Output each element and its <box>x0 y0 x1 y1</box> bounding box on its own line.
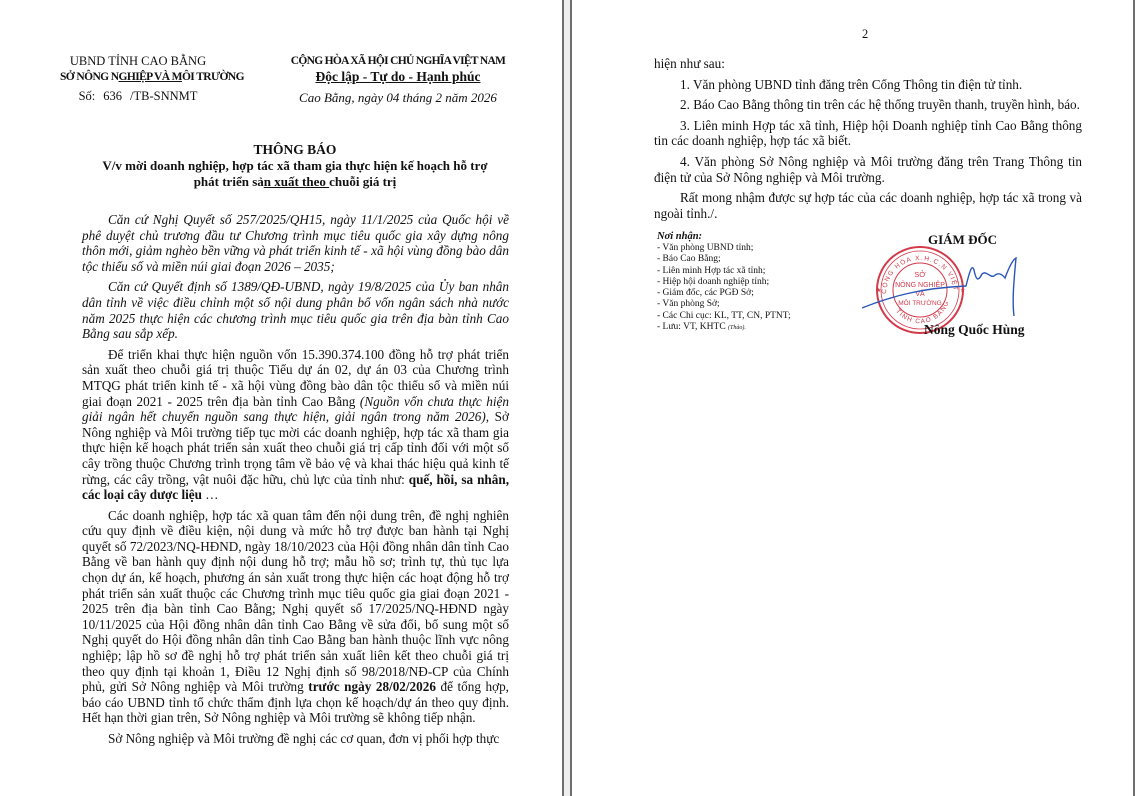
continuation-text: hiện như sau: <box>654 56 1082 72</box>
issuing-agency-block: UBND TỈNH CAO BẰNG SỞ NÔNG NGHIỆP VÀ MÔI… <box>68 53 208 104</box>
subject-line-2: phát triển sản xuất theo chuỗi giá trị <box>60 174 530 190</box>
national-header-block: CỘNG HÒA XÃ HỘI CHỦ NGHĨA VIỆT NAM Độc l… <box>283 53 513 106</box>
document-title: THÔNG BÁO V/v mời doanh nghiệp, hợp tác … <box>60 142 530 190</box>
document-page-2: 2 hiện như sau: 1. Văn phòng UBND tỉnh đ… <box>570 0 1135 796</box>
recipients-title: Nơi nhận: <box>657 231 857 243</box>
recipient-item: - Báo Cao Bằng; <box>657 254 857 265</box>
agency-name: SỞ NÔNG NGHIỆP VÀ MÔI TRƯỜNG <box>60 69 216 85</box>
list-item: 3. Liên minh Hợp tác xã tỉnh, Hiệp hội D… <box>654 118 1082 149</box>
document-body-continued: hiện như sau: 1. Văn phòng UBND tỉnh đăn… <box>654 56 1082 226</box>
place-date: Cao Bằng, ngày 04 tháng 2 năm 2026 <box>283 90 513 106</box>
recipient-item: - Văn phòng Sở; <box>657 299 857 310</box>
national-motto: Độc lập - Tự do - Hạnh phúc <box>283 69 513 85</box>
signature-block: GIÁM ĐỐC CỘNG HÒA X.H.C.N VIỆT NAM TỈNH … <box>862 230 1082 340</box>
paragraph-purpose: Để triển khai thực hiện nguồn vốn 15.390… <box>82 347 509 503</box>
recipient-item: - Văn phòng UBND tỉnh; <box>657 243 857 254</box>
document-body: Căn cứ Nghị Quyết số 257/2025/QH15, ngày… <box>82 212 509 752</box>
svg-text:★: ★ <box>960 287 965 294</box>
paragraph-legal-basis-2: Căn cứ Quyết định số 1389/QĐ-UBND, ngày … <box>82 279 509 341</box>
svg-text:SỞ: SỞ <box>914 270 926 279</box>
document-number: Số:636/TB-SNNMT <box>68 88 208 104</box>
recipient-item: - Hiệp hội doanh nghiệp tỉnh; <box>657 277 857 288</box>
svg-text:★: ★ <box>876 287 881 294</box>
signer-name: Nông Quốc Hùng <box>924 322 1025 338</box>
document-page-1: UBND TỈNH CAO BẰNG SỞ NÔNG NGHIỆP VÀ MÔI… <box>0 0 564 796</box>
page-number: 2 <box>862 27 868 42</box>
list-item: 2. Báo Cao Bằng thông tin trên các hệ th… <box>654 97 1082 113</box>
recipient-item: - Liên minh Hợp tác xã tỉnh; <box>657 266 857 277</box>
nation-name: CỘNG HÒA XÃ HỘI CHỦ NGHĨA VIỆT NAM <box>283 53 513 69</box>
recipient-item: - Giám đốc, các PGĐ Sở; <box>657 288 857 299</box>
subject-line-1: V/v mời doanh nghiệp, hợp tác xã tham gi… <box>60 158 530 174</box>
svg-text:MÔI TRƯỜNG: MÔI TRƯỜNG <box>898 298 942 307</box>
title-heading: THÔNG BÁO <box>60 142 530 158</box>
parent-agency: UBND TỈNH CAO BẰNG <box>68 53 208 69</box>
paragraph-coordination: Sở Nông nghiệp và Môi trường đề nghị các… <box>82 731 509 747</box>
list-item: 4. Văn phòng Sở Nông nghiệp và Môi trườn… <box>654 154 1082 185</box>
paragraph-requirements: Các doanh nghiệp, hợp tác xã quan tâm đế… <box>82 508 509 726</box>
recipients-block: Nơi nhận: - Văn phòng UBND tỉnh; - Báo C… <box>657 231 857 334</box>
recipient-item: - Các Chi cục: KL, TT, CN, PTNT; <box>657 311 857 322</box>
recipient-item: - Lưu: VT, KHTC (Thảo). <box>657 322 857 334</box>
closing-text: Rất mong nhậm được sự hợp tác của các do… <box>654 190 1082 221</box>
list-item: 1. Văn phòng UBND tỉnh đăng trên Cổng Th… <box>654 77 1082 93</box>
paragraph-legal-basis-1: Căn cứ Nghị Quyết số 257/2025/QH15, ngày… <box>82 212 509 274</box>
